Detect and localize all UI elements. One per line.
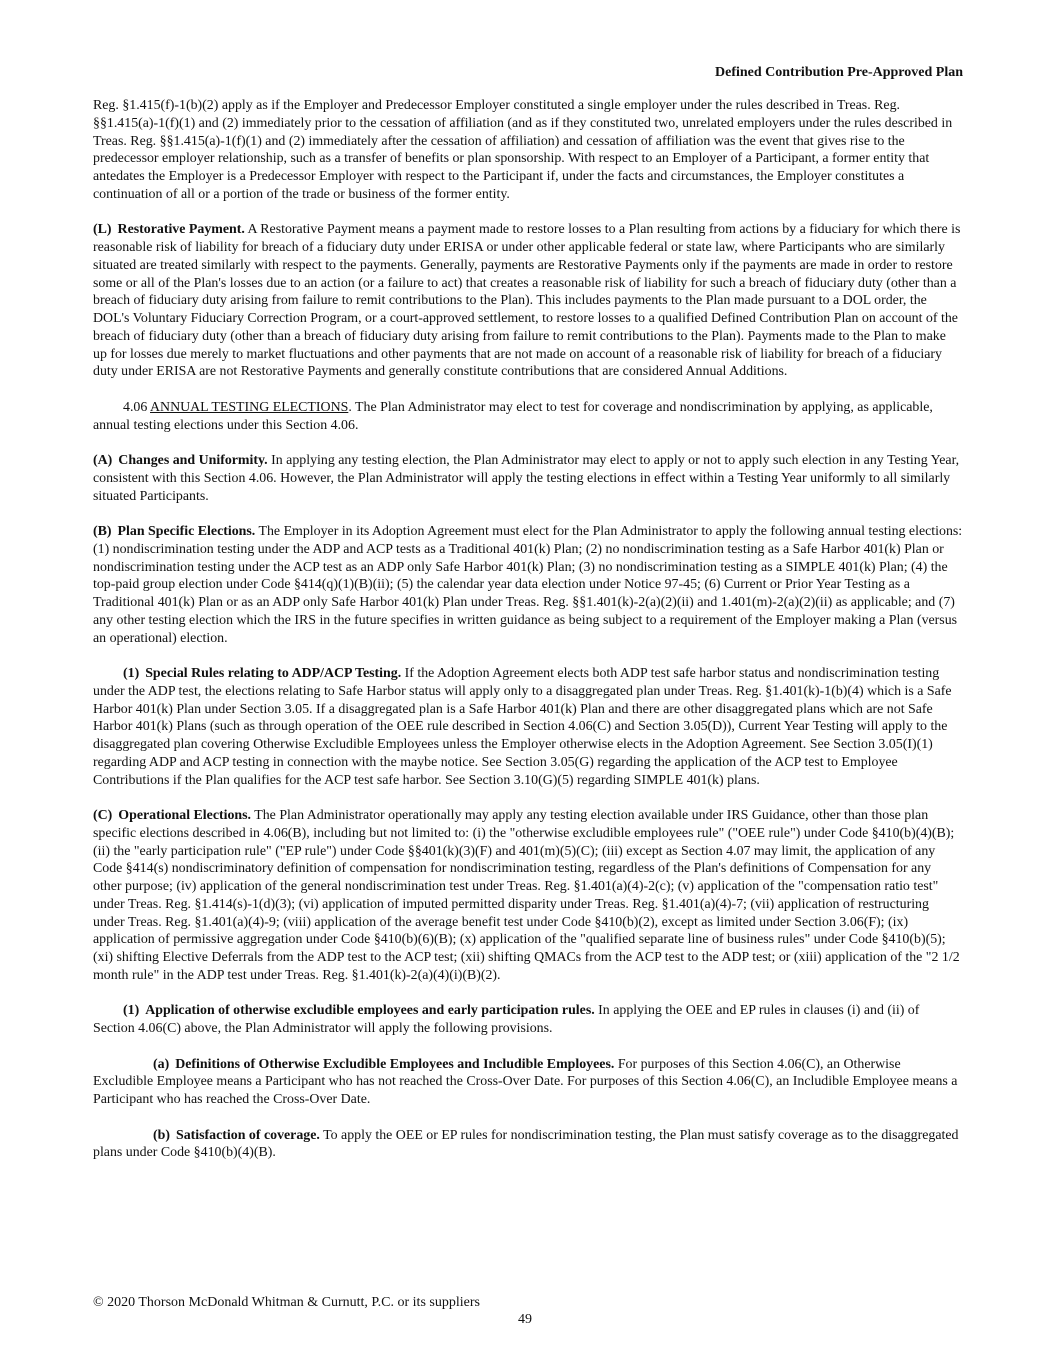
- paragraph-changes-and-uniformity: (A)Changes and Uniformity. In applying a…: [93, 452, 963, 505]
- paragraph-heading: Satisfaction of coverage.: [176, 1128, 320, 1143]
- paragraph-predecessor-employer-continuation: Reg. §1.415(f)-1(b)(2) apply as if the E…: [93, 97, 963, 204]
- section-number: 4.06: [123, 400, 150, 415]
- paragraph-definitions-oee: (a)Definitions of Otherwise Excludible E…: [93, 1056, 963, 1109]
- paragraph-plan-specific-elections: (B)Plan Specific Elections. The Employer…: [93, 523, 963, 647]
- paragraph-heading: Restorative Payment.: [118, 222, 245, 237]
- paragraph-heading: Definitions of Otherwise Excludible Empl…: [175, 1057, 614, 1072]
- paragraph-text: The Plan Administrator operationally may…: [93, 808, 960, 983]
- section-4-06-annual-testing-elections: 4.06 ANNUAL TESTING ELECTIONS. The Plan …: [93, 399, 963, 435]
- paragraph-oee-ep-rules: (1)Application of otherwise excludible e…: [93, 1002, 963, 1038]
- running-header: Defined Contribution Pre-Approved Plan: [715, 64, 963, 81]
- paragraph-label: (B): [93, 524, 112, 539]
- paragraph-label: (1): [123, 666, 139, 681]
- paragraph-text: If the Adoption Agreement elects both AD…: [93, 666, 952, 788]
- paragraph-operational-elections: (C)Operational Elections. The Plan Admin…: [93, 807, 963, 985]
- copyright-footer: © 2020 Thorson McDonald Whitman & Curnut…: [93, 1294, 480, 1311]
- paragraph-text: The Employer in its Adoption Agreement m…: [93, 524, 962, 646]
- paragraph-heading: Application of otherwise excludible empl…: [145, 1003, 595, 1018]
- section-heading: ANNUAL TESTING ELECTIONS: [150, 400, 348, 415]
- paragraph-heading: Operational Elections.: [118, 808, 251, 823]
- paragraph-heading: Special Rules relating to ADP/ACP Testin…: [145, 666, 401, 681]
- paragraph-label: (b): [153, 1128, 170, 1143]
- paragraph-label: (A): [93, 453, 112, 468]
- paragraph-heading: Changes and Uniformity.: [118, 453, 267, 468]
- paragraph-text: Reg. §1.415(f)-1(b)(2) apply as if the E…: [93, 98, 952, 202]
- paragraph-restorative-payment: (L)Restorative Payment. A Restorative Pa…: [93, 221, 963, 381]
- paragraph-special-rules-adp-acp: (1)Special Rules relating to ADP/ACP Tes…: [93, 665, 963, 789]
- paragraph-label: (1): [123, 1003, 139, 1018]
- paragraph-satisfaction-of-coverage: (b)Satisfaction of coverage. To apply th…: [93, 1127, 963, 1163]
- paragraph-text: A Restorative Payment means a payment ma…: [93, 222, 960, 379]
- paragraph-label: (C): [93, 808, 112, 823]
- paragraph-label: (L): [93, 222, 112, 237]
- document-body: Reg. §1.415(f)-1(b)(2) apply as if the E…: [93, 97, 963, 1180]
- page-number: 49: [518, 1311, 532, 1328]
- paragraph-heading: Plan Specific Elections.: [118, 524, 256, 539]
- paragraph-label: (a): [153, 1057, 169, 1072]
